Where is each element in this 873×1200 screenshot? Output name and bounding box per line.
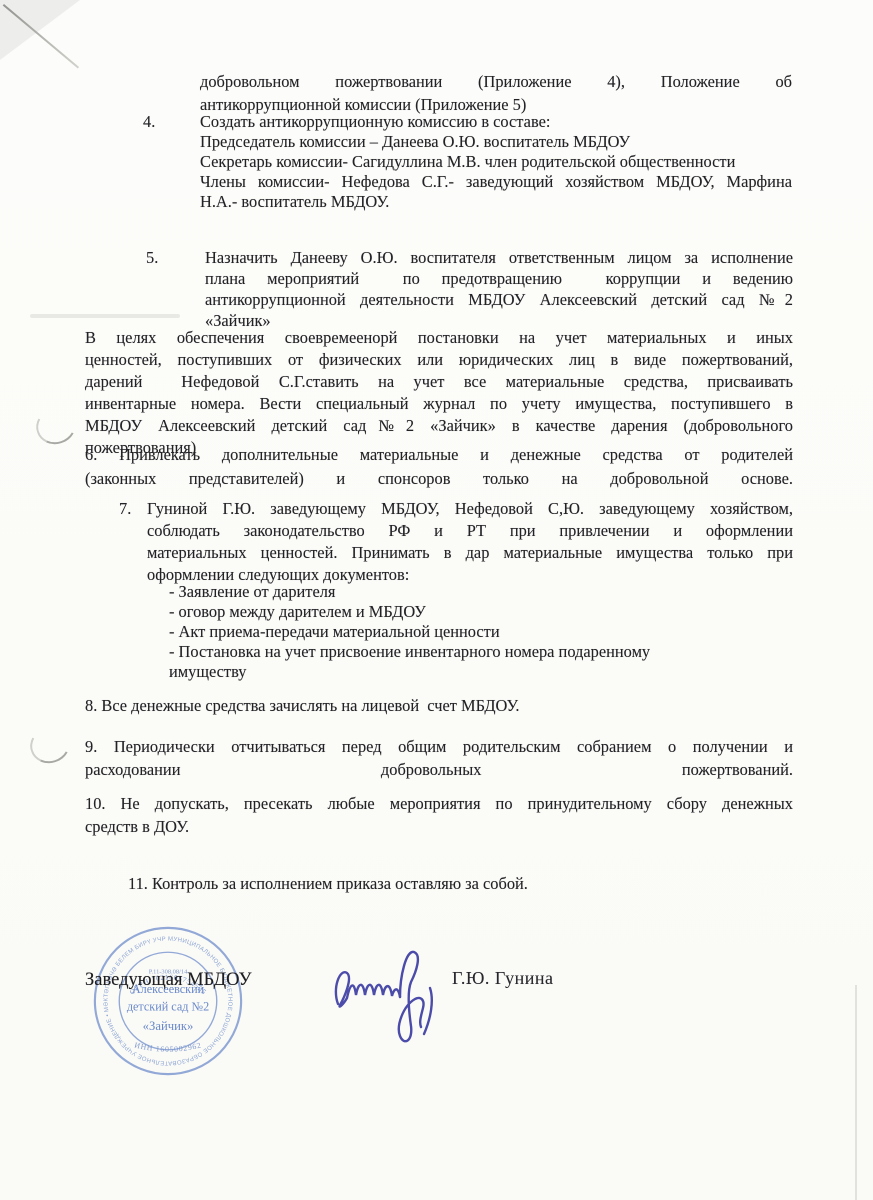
order-item-9: 9. Периодически отчитываться перед общим… <box>85 735 793 781</box>
text-line: 11. Контроль за исполнением приказа оста… <box>128 872 778 895</box>
text-line: Создать антикоррупционную комиссию в сос… <box>200 112 792 132</box>
text-line: ценностей, поступивших от физических или… <box>85 349 793 371</box>
text-line: - Акт приема-передачи материальной ценно… <box>169 622 749 642</box>
text-line: МБДОУ Алексеевский детский сад№2 «Зайчик… <box>85 415 793 437</box>
order-item-6: 6. Привлекать дополнительные материальны… <box>85 443 793 491</box>
stamp-org-line3: «Зайчик» <box>143 1019 194 1033</box>
order-item-10: 10. Не допускать, пресекать любые меропр… <box>85 792 793 838</box>
text-line: - Постановка на учет присвоение инвентар… <box>169 642 749 662</box>
text-line: плана мероприятий по предотвращению корр… <box>205 268 793 289</box>
text-line: 8. Все денежные средства зачислять на ли… <box>85 694 793 717</box>
text-line: материальных ценностей. Принимать в дар … <box>147 542 793 564</box>
order-item-11: 11. Контроль за исполнением приказа оста… <box>128 872 778 895</box>
order-item-8: 8. Все денежные средства зачислять на ли… <box>85 694 793 717</box>
text-line: средств в ДОУ. <box>85 815 793 838</box>
text-line: Н.А.- воспитатель МБДОУ. <box>200 192 792 212</box>
text-line: - Заявление от дарителя <box>169 582 749 602</box>
order-item-7: Гуниной Г.Ю. заведующему МБДОУ, Нефедово… <box>147 498 793 586</box>
text-line: Гуниной Г.Ю. заведующему МБДОУ, Нефедово… <box>147 498 793 520</box>
text-line: имуществу <box>169 662 749 682</box>
punch-hole-mark-bottom <box>25 722 74 769</box>
punch-hole-mark-top <box>31 403 80 450</box>
stamp-org-line2: детский сад №2 <box>127 1000 209 1014</box>
text-line: Председатель комиссии – Данеева О.Ю. вос… <box>200 132 792 152</box>
text-line: инвентарные номера. Вести специальный жу… <box>85 393 793 415</box>
list-number: 5. <box>146 247 158 268</box>
text-line: соблюдать законодательство РФ и РТ при п… <box>147 520 793 542</box>
text-line: дарений Нефедовой С.Г.ставить на учет вс… <box>85 371 793 393</box>
order-item-7-documents: - Заявление от дарителя- оговор между да… <box>169 582 749 682</box>
text-line: 10. Не допускать, пресекать любые меропр… <box>85 792 793 815</box>
scan-smudge <box>30 314 180 318</box>
text-line: (законных представителей) и спонсоров то… <box>85 467 793 491</box>
list-number: 7. <box>119 498 131 520</box>
text-line: Секретарь комиссии- Сагидуллина М.В. чле… <box>200 152 792 172</box>
text-line: расходовании добровольных пожертвований. <box>85 758 793 781</box>
order-item-4: Создать антикоррупционную комиссию в сос… <box>200 112 792 212</box>
official-round-stamp: МУНИЦИПАЛЬНОЕ БЮДЖЕТНОЕ ДОШКОЛЬНОЕ ОБРАЗ… <box>90 923 246 1079</box>
text-line: добровольном пожертвовании (Приложение 4… <box>200 70 792 93</box>
signatory-name: Г.Ю. Гунина <box>452 968 554 989</box>
text-line: антикоррупционной деятельности МБДОУ Але… <box>205 289 793 310</box>
signature-scribble <box>330 942 458 1050</box>
list-number: 4. <box>143 112 155 132</box>
stamp-inn: ИНН 1605002962 <box>134 1040 203 1053</box>
text-line: 9. Периодически отчитываться перед общим… <box>85 735 793 758</box>
paragraph-accounting: В целях обеспечения своевремеенорй поста… <box>85 327 793 459</box>
text-line: - оговор между дарителем и МБДОУ <box>169 602 749 622</box>
signature-role-label: Заведующая МБДОУ <box>85 970 252 991</box>
scanned-document-page: добровольном пожертвовании (Приложение 4… <box>0 0 873 1200</box>
text-line: Назначить Данееву О.Ю. воспитателя ответ… <box>205 247 793 268</box>
order-item-5: Назначить Данееву О.Ю. воспитателя ответ… <box>205 247 793 331</box>
text-line: Члены комиссии- Нефедова С.Г.- заведующи… <box>200 172 792 192</box>
scan-edge-shadow <box>855 985 857 1200</box>
order-item-3-continued: добровольном пожертвовании (Приложение 4… <box>200 70 792 116</box>
page-corner-fold-shade <box>0 0 80 60</box>
text-line: В целях обеспечения своевремеенорй поста… <box>85 327 793 349</box>
text-line: 6. Привлекать дополнительные материальны… <box>85 443 793 467</box>
